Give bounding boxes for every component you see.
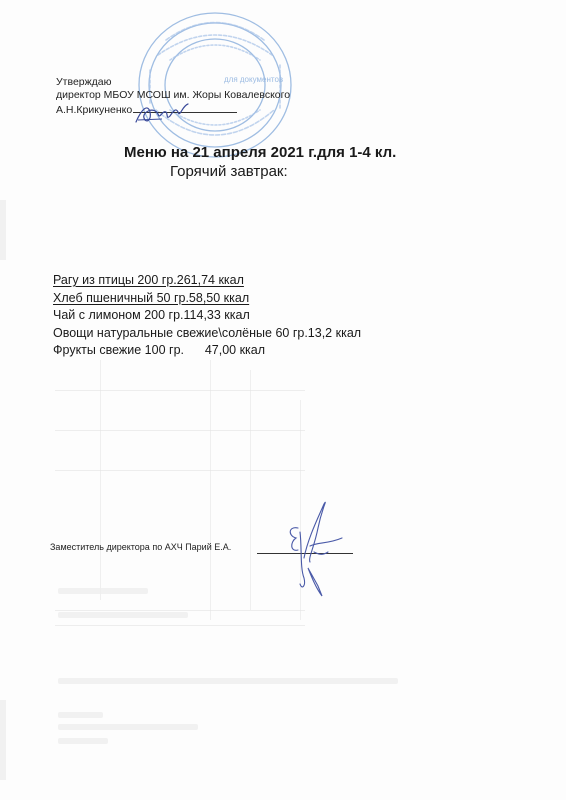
approval-position: директор МБОУ МСОШ им. Жоры Ковалевского [56,89,290,102]
scan-edge [0,700,6,780]
meal-type: Горячий завтрак: [170,163,288,180]
menu-item: Чай с лимоном 200 гр.114,33 ккал [53,307,361,325]
approval-title: Утверждаю [56,76,290,89]
menu-list: Рагу из птицы 200 гр.261,74 ккал Хлеб пш… [53,272,361,360]
bleed-line [210,360,211,620]
bleed-line [55,625,305,626]
bleed-line [55,390,305,391]
bleed-line [55,430,305,431]
signatory-name: А.Н.Крикуненко [56,104,132,116]
deputy-signature-icon [278,498,348,598]
bleed-text [58,612,188,618]
bleed-line [55,470,305,471]
bleed-line [100,360,101,600]
bleed-text [58,588,148,594]
menu-item: Рагу из птицы 200 гр.261,74 ккал [53,272,361,290]
bleed-text [58,738,108,744]
bleed-line [250,370,251,610]
bleed-text [58,712,103,718]
scan-edge [0,200,6,260]
director-signature-icon [132,102,192,126]
deputy-signatory: Заместитель директора по АХЧ Парий Е.А. [50,542,231,552]
bleed-line [55,610,305,611]
menu-item: Овощи натуральные свежие\солёные 60 гр.1… [53,325,361,343]
page-title: Меню на 21 апреля 2021 г.для 1-4 кл. [124,144,396,161]
bleed-text [58,724,198,730]
document-page: для документов Утверждаю директор МБОУ М… [0,0,566,800]
menu-item: Хлеб пшеничный 50 гр.58,50 ккал [53,290,361,308]
bleed-text [58,678,398,684]
menu-item: Фрукты свежие 100 гр. 47,00 ккал [53,342,361,360]
